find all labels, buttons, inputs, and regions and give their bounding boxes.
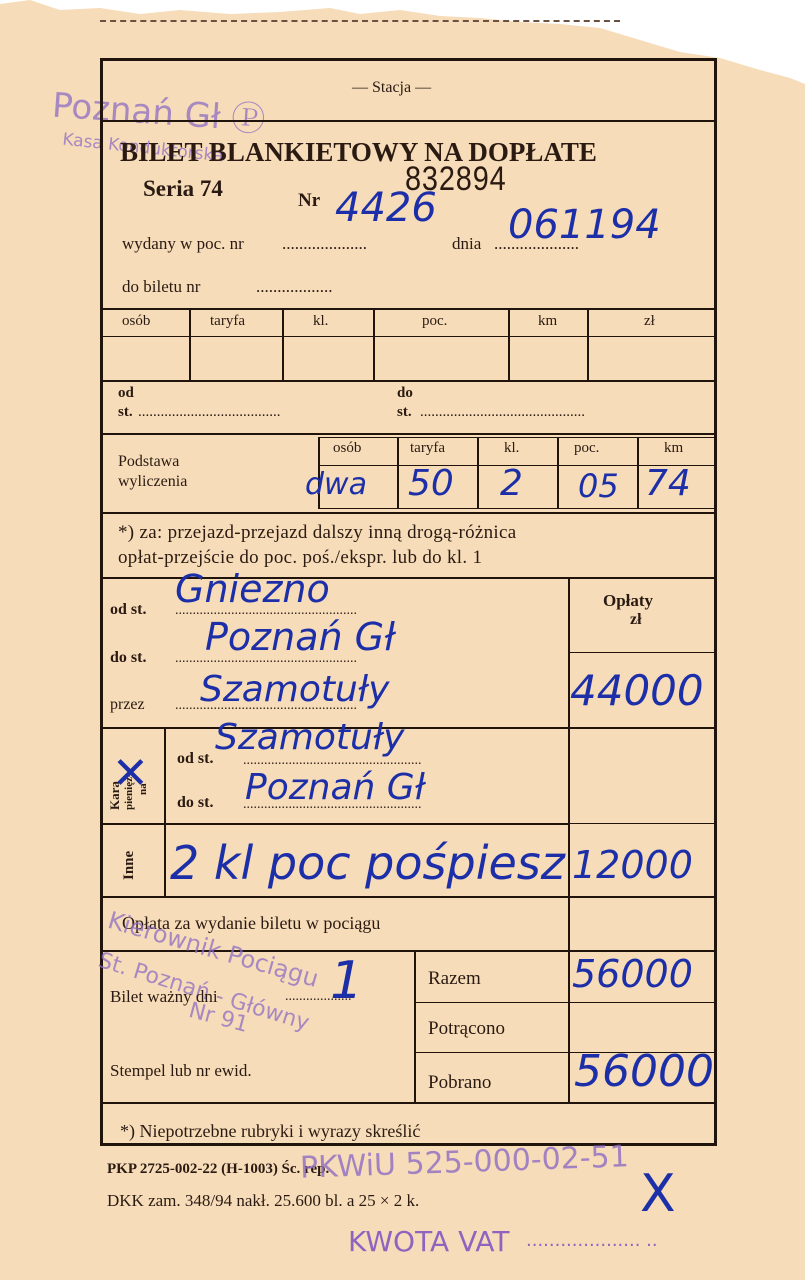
divider (100, 512, 717, 514)
calc-header-persons: osób (333, 441, 361, 456)
journey-via-label: przez (110, 697, 145, 713)
journey-via-field[interactable]: Szamotuły (200, 672, 389, 708)
calc-header-train: poc. (574, 441, 599, 456)
ticket-title: BILET BLANKIETOWY NA DOPŁATE (120, 139, 597, 166)
penalty-to-label: do st. (177, 795, 213, 811)
issued-in-train-dots: .................... (282, 235, 367, 252)
valid-days-field[interactable]: 1 (330, 955, 363, 1007)
journey-fee-field[interactable]: 44000 (570, 670, 704, 712)
calc-km-field[interactable]: 74 (645, 466, 691, 502)
route-to-st: st. (397, 405, 412, 420)
divider (397, 437, 399, 509)
divider (568, 652, 717, 653)
divider (414, 950, 416, 1102)
penalty-from-field[interactable]: Szamotuły (215, 720, 404, 756)
route-from-field[interactable]: ...................................... (138, 405, 281, 420)
fees-header-2: zł (630, 612, 642, 628)
print-info-line2: DKK zam. 348/94 nakł. 25.600 bl. a 25 × … (107, 1192, 419, 1209)
divider (100, 308, 717, 310)
divider (318, 508, 717, 509)
divider (373, 308, 375, 380)
footer-note: *) Niepotrzebne rubryki i wyrazy skreśli… (120, 1122, 420, 1140)
col-header-train: poc. (422, 314, 447, 329)
penalty-to-field[interactable]: Poznań Gł (245, 770, 425, 806)
calc-header-km: km (664, 441, 683, 456)
divider (100, 120, 717, 122)
to-ticket-label: do biletu nr (122, 278, 200, 295)
calc-basis-label-2: wyliczenia (118, 474, 187, 490)
journey-to-label: do st. (110, 650, 146, 666)
other-label: Inne (122, 851, 137, 880)
series-label: Seria 74 (143, 177, 223, 200)
station-label: — Stacja — (352, 80, 431, 96)
route-from-st: st. (118, 405, 133, 420)
divider (100, 1102, 717, 1104)
calc-header-class: kl. (504, 441, 519, 456)
divider (568, 950, 570, 1102)
collected-field[interactable]: 56000 (574, 1050, 714, 1094)
divider (568, 577, 570, 950)
divider (587, 308, 589, 380)
to-ticket-field[interactable]: .................. (256, 278, 333, 295)
divider (100, 336, 717, 337)
print-info-line1: PKP 2725-002-22 (H-1003) Śc. rep. (107, 1162, 329, 1177)
divider (318, 437, 717, 438)
deducted-label: Potrącono (428, 1019, 505, 1038)
perforation-line (100, 20, 620, 22)
route-to-label: do (397, 386, 413, 401)
divider (557, 437, 559, 509)
vat-label: KWOTA VAT (348, 1228, 510, 1256)
calc-train-field[interactable]: 05 (578, 470, 619, 502)
calc-tariff-field[interactable]: 50 (408, 466, 454, 502)
divider (100, 433, 717, 435)
divider (568, 823, 717, 824)
divider (164, 727, 166, 896)
divider (189, 308, 191, 380)
reason-line-2: opłat-przejście do poc. poś./ekspr. lub … (118, 548, 482, 567)
divider (414, 1002, 717, 1003)
penalty-from-label: od st. (177, 751, 213, 767)
col-header-persons: osób (122, 314, 150, 329)
reason-line-1: *) za: przejazd-przejazd dalszy inną dro… (118, 523, 516, 542)
collected-label: Pobrano (428, 1073, 491, 1092)
date-field[interactable]: 061194 (508, 205, 661, 245)
total-label: Razem (428, 969, 481, 988)
route-from-label: od (118, 386, 134, 401)
calc-class-field[interactable]: 2 (500, 466, 523, 502)
divider (477, 437, 479, 509)
train-number-field[interactable]: 4426 (335, 188, 437, 228)
divider (100, 727, 717, 729)
vat-field[interactable]: .................... .. (526, 1232, 658, 1250)
issued-in-train-label: wydany w poc. nr (122, 235, 244, 252)
calc-basis-label-1: Podstawa (118, 454, 179, 470)
valid-days-label: Bilet ważny dni (110, 988, 218, 1005)
penalty-crossed-mark: ✕ (112, 752, 149, 796)
journey-to-field[interactable]: Poznań Gł (205, 618, 395, 656)
date-label: dnia (452, 235, 481, 252)
total-field[interactable]: 56000 (572, 955, 693, 993)
col-header-zloty: zł (644, 314, 655, 329)
divider (100, 823, 568, 825)
number-label: Nr (298, 191, 320, 210)
journey-from-label: od st. (110, 602, 146, 618)
stamp-label: Stempel lub nr ewid. (110, 1062, 252, 1079)
col-header-class: kl. (313, 314, 328, 329)
journey-from-field[interactable]: Gniezno (175, 570, 330, 608)
divider (637, 437, 639, 509)
col-header-tariff: taryfa (210, 314, 245, 329)
route-to-field[interactable]: ........................................… (420, 405, 585, 420)
vat-cross-mark: X (640, 1168, 676, 1220)
other-fee-field[interactable]: 12000 (572, 846, 693, 884)
calc-header-tariff: taryfa (410, 441, 445, 456)
divider (282, 308, 284, 380)
divider (100, 380, 717, 382)
col-header-km: km (538, 314, 557, 329)
divider (508, 308, 510, 380)
fees-header-1: Opłaty (603, 592, 653, 609)
calc-persons-field[interactable]: dwa (305, 470, 367, 500)
other-field[interactable]: 2 kl poc pośpiesz (170, 840, 565, 886)
divider (100, 896, 717, 898)
